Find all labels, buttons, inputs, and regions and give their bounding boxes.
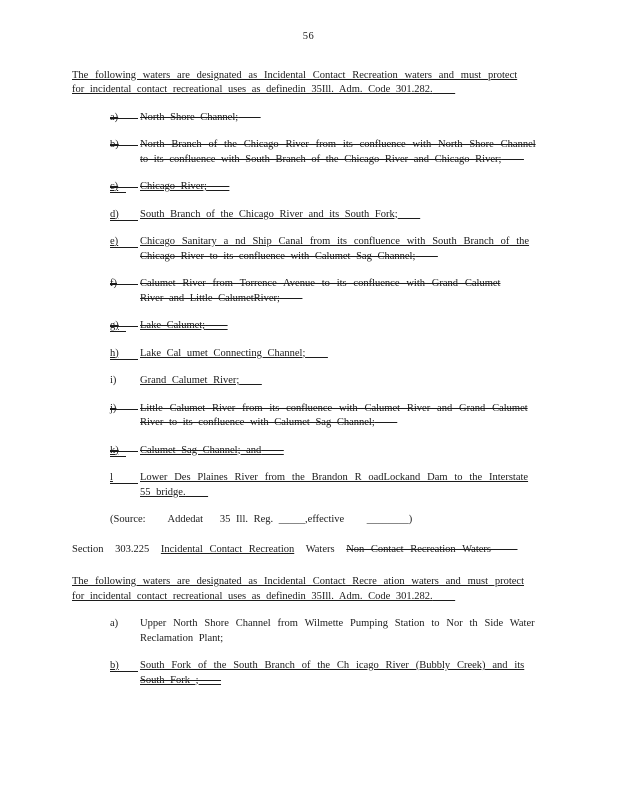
list-item-text: South Fork of the South Branch of the Ch… [140,659,545,674]
list-item-b: b) North Branch of the Chicago River fro… [110,138,545,167]
section-label: Section [72,544,104,555]
list-item-g: g) Lake Calumet; [110,319,545,334]
paragraph-line: for incidental contact recreational uses… [72,83,545,98]
list-item-label: g) [110,319,140,334]
list-item-label: l [110,471,140,486]
list-item-k: k) Calumet Sag Channel; and [110,444,545,459]
list-item-text: to its confluence with South Branch of t… [140,153,545,168]
list-item-text: River to its confluence with Calumet Sag… [140,416,545,431]
list-item-label: f) [110,277,140,292]
list-item-text: Chicago River; [140,180,545,195]
section-title-kept: Waters [306,544,335,555]
list-item-label: k) [110,444,140,459]
list-item-label: b) [110,138,140,153]
list-item-text: North Shore Channel; [140,111,545,126]
list-item-label: b) [110,659,140,674]
list-item-text: Lake Cal umet Connecting Channel; [140,347,545,362]
list-item-e: e) Chicago Sanitary a nd Ship Canal from… [110,235,545,264]
list-item-d: d) South Branch of the Chicago River and… [110,208,545,223]
list2-item-b: b) South Fork of the South Branch of the… [110,659,545,688]
list-item-h: h) Lake Cal umet Connecting Channel; [110,347,545,362]
list-item-text: 55 bridge. [140,486,545,501]
list-item-j: j) Little Calumet River from its conflue… [110,402,545,431]
list-item-text: South Fork ; [140,674,545,689]
section-title-deleted: Non Contact Recreation Waters [346,544,517,555]
list-item-label: h) [110,347,140,362]
list-item-text: Reclamation Plant; [140,632,545,647]
list-item-label: c) [110,180,140,195]
list-item-text: Grand Calumet River; [140,374,545,389]
list-item-text: Little Calumet River from its confluence… [140,402,545,417]
list-item-text: Calumet River from Torrence Avenue to it… [140,277,545,292]
list-item-text: Chicago River to its confluence with Cal… [140,250,545,265]
list-item-text: Chicago Sanitary a nd Ship Canal from it… [140,235,545,250]
source-note: (Source: Addedat 35 Ill. Reg. _____,effe… [110,513,545,528]
list-item-l: l Lower Des Plaines River from the Brand… [110,471,545,500]
list2-item-a: a) Upper North Shore Channel from Wilmet… [110,617,545,646]
list-item-text: South Branch of the Chicago River and it… [140,208,545,223]
list-item-label: i) [110,374,140,389]
page-number: 56 [72,30,545,45]
section-heading: Section 303.225 Incidental Contact Recre… [72,543,545,558]
list-item-label: e) [110,235,140,250]
paragraph-line: for incidental contact recreational uses… [72,590,545,605]
list-item-text: Lake Calumet; [140,319,545,334]
list-item-label: j) [110,402,140,417]
document-page: 56 The following waters are designated a… [0,0,618,800]
list-item-text: Lower Des Plaines River from the Brandon… [140,471,545,486]
list-item-label: a) [110,617,140,632]
list-item-label: d) [110,208,140,223]
section-number: 303.225 [115,544,149,555]
list-item-text: River and Little CalumetRiver; [140,292,545,307]
list-item-c: c) Chicago River; [110,180,545,195]
section-title-added: Incidental Contact Recreation [161,544,294,555]
intro-paragraph-1: The following waters are designated as I… [72,69,545,98]
list-item-label: a) [110,111,140,126]
list-item-text: North Branch of the Chicago River from i… [140,138,545,153]
list-item-text: Upper North Shore Channel from Wilmette … [140,617,545,632]
list-item-text: Calumet Sag Channel; and [140,444,545,459]
paragraph-line: The following waters are designated as I… [72,575,545,590]
list-item-f: f) Calumet River from Torrence Avenue to… [110,277,545,306]
list-item-a: a) North Shore Channel; [110,111,545,126]
list-item-i: i) Grand Calumet River; [110,374,545,389]
intro-paragraph-2: The following waters are designated as I… [72,575,545,604]
paragraph-line: The following waters are designated as I… [72,69,545,84]
